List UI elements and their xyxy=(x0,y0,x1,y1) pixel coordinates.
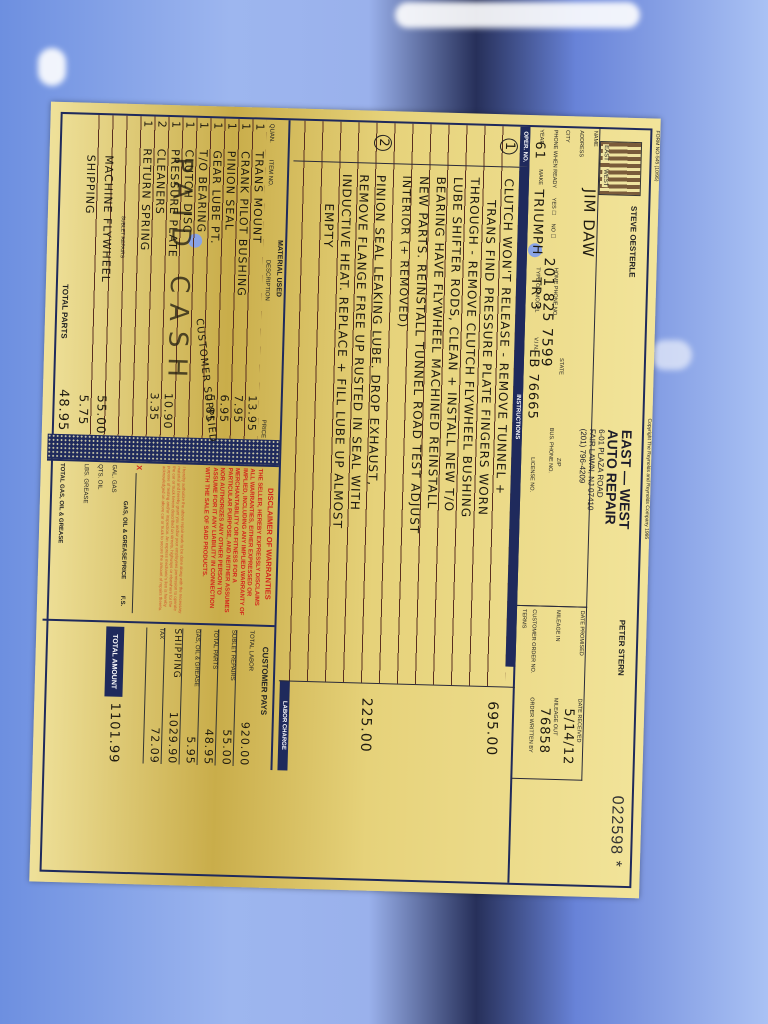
customer-pays-title: CUSTOMER PAYS xyxy=(259,647,270,716)
vehicle-year: 61 xyxy=(532,141,548,160)
shop-logo: EAST WEST xyxy=(599,141,642,196)
date-mileage-box xyxy=(511,605,587,781)
customer-pays-section: CUSTOMER PAYS TOTAL LABOR920.00 SUBLET R… xyxy=(38,619,274,772)
label-no: NO ☐ xyxy=(549,224,555,239)
label-terms: TERMS xyxy=(520,609,527,628)
material-qty: 1 xyxy=(168,121,183,149)
gas-oil-title: GAS, OIL & GREASE xyxy=(120,501,128,560)
material-qty: 1 xyxy=(182,121,197,149)
material-qty: 1 xyxy=(196,122,211,150)
owner-left: STEVE OESTERLE xyxy=(627,206,638,278)
repair-order-document: EAST WEST STEVE OESTERLE EAST — WEST AUT… xyxy=(30,100,660,900)
col-price: PRICE xyxy=(260,420,267,439)
pays-label: GAS, OIL & GREASE xyxy=(182,629,201,687)
light-glare xyxy=(38,48,66,86)
pays-row: GAS, OIL & GREASE5.95 xyxy=(179,629,201,765)
materials-title: MATERIAL USED xyxy=(275,240,284,297)
label-mileage-out: MILEAGE OUT xyxy=(552,698,559,736)
vehicle-model: TR 3 xyxy=(527,277,543,311)
pays-value: 48.95 xyxy=(198,729,216,766)
pays-row: SHIPPING1029.90 xyxy=(161,628,183,764)
signature-line xyxy=(132,473,137,613)
labor-charge-header: LABOR CHARGE xyxy=(277,680,290,770)
pays-value: 1029.90 xyxy=(162,712,180,765)
pays-label: SUBLET REPAIRS xyxy=(218,630,236,681)
sublet-label: SUBLET REPAIRS xyxy=(119,216,126,258)
material-qty: 1 xyxy=(252,123,267,151)
pays-value: 55.00 xyxy=(216,729,234,766)
pays-value: 5.95 xyxy=(180,736,198,765)
label-bus-phone: BUS. PHONE NO. xyxy=(547,428,554,473)
pays-row: TOTAL LABOR920.00 xyxy=(233,630,255,766)
logo-text-east: EAST xyxy=(603,144,609,162)
date-received: 5/14/12 xyxy=(560,708,577,766)
labor-section: OPER. NO. INSTRUCTIONS LABOR CHARGE 1 CL… xyxy=(272,120,530,776)
material-price: 6.95 xyxy=(216,394,231,434)
pays-row: TOTAL PARTS48.95 xyxy=(197,629,219,765)
disclaimer-section: DISCLAIMER OF WARRANTIES THE SELLER, HER… xyxy=(43,459,279,625)
pays-value: 72.09 xyxy=(144,727,162,764)
ro-asterisk: * xyxy=(607,860,624,868)
pays-row: TAX72.09 xyxy=(143,628,165,764)
gas-price-label: PRICE xyxy=(120,561,127,580)
label-make: MAKE xyxy=(537,169,543,185)
materials-section: MATERIAL USED QUAN. ITEM NO. DESCRIPTION… xyxy=(47,114,289,467)
material-price xyxy=(188,394,203,434)
label-license: LICENSE NO. xyxy=(528,457,535,492)
disclaimer-title: DISCLAIMER OF WARRANTIES xyxy=(262,469,275,619)
materials-list: 1TRANS MOUNT13.95 1CRANK PILOT BUSHING7.… xyxy=(132,120,267,435)
pays-value: 920.00 xyxy=(234,722,252,767)
label-date-promised: DATE PROMISED xyxy=(578,611,585,656)
form-header: EAST WEST STEVE OESTERLE EAST — WEST AUT… xyxy=(507,127,650,886)
material-qty: 2 xyxy=(154,121,169,149)
total-amount-value: 1101.99 xyxy=(106,702,123,763)
copyright: Copyright The Reynolds and Reynolds Comp… xyxy=(643,418,652,539)
gas-row-qts: QTS. OIL xyxy=(96,464,103,490)
material-price xyxy=(174,393,189,433)
total-amount-label: TOTAL AMOUNT xyxy=(104,626,124,696)
label-address: ADDRESS xyxy=(578,130,585,157)
label-name: NAME xyxy=(592,131,598,147)
ro-number-text: 022598 xyxy=(607,795,626,855)
customer-name: JIM DAW xyxy=(579,188,599,258)
col-quan: QUAN. xyxy=(268,124,275,143)
sublet-item-1-price: 55.00 xyxy=(94,395,109,435)
gas-fs-label: F.S. xyxy=(119,596,125,607)
disclaimer-text: THE SELLER, HEREBY EXPRESSLY DISCLAIMS A… xyxy=(199,467,263,619)
logo-text-west: WEST xyxy=(602,168,609,188)
form-number: FORM NO-545 (10/95) xyxy=(653,130,660,181)
pays-row: SUBLET REPAIRS55.00 xyxy=(215,630,237,766)
material-qty: 1 xyxy=(140,120,155,148)
pays-label: TAX xyxy=(147,628,164,640)
paid-cash-stamp: PAID CASH xyxy=(161,157,197,387)
material-qty: 1 xyxy=(224,122,239,150)
label-mileage-in: MILEAGE IN xyxy=(554,610,561,642)
material-qty: 1 xyxy=(210,122,225,150)
label-yes: YES ☐ xyxy=(550,198,556,216)
label-zip: ZIP xyxy=(555,458,561,467)
label-date-received: DATE RECEIVED xyxy=(575,699,582,743)
shop-name-2: AUTO REPAIR xyxy=(603,429,620,529)
material-price: 10.90 xyxy=(160,393,175,433)
gas-row-gal: GAL. GAS xyxy=(110,464,117,492)
material-price: 3.35 xyxy=(146,392,161,432)
vehicle-make: TRIUMPH xyxy=(529,189,546,256)
vehicle-vin: EB 76665 xyxy=(524,349,541,420)
gas-total-label: TOTAL GAS, OIL & GREASE xyxy=(57,463,65,543)
signature-mark: X xyxy=(134,465,143,470)
labor-item-1-charge: 695.00 xyxy=(483,701,501,756)
lower-section: MATERIAL USED QUAN. ITEM NO. DESCRIPTION… xyxy=(39,114,291,770)
customer-pays-rows: TOTAL LABOR920.00 SUBLET REPAIRS55.00 TO… xyxy=(143,628,255,767)
total-parts-label: TOTAL PARTS xyxy=(59,284,70,339)
material-price xyxy=(132,392,147,432)
labor-item-2-charge: 225.00 xyxy=(357,697,375,752)
col-description: DESCRIPTION xyxy=(264,260,271,301)
sublet-item-2-price: 5.75 xyxy=(76,394,91,425)
pays-label: SHIPPING xyxy=(164,628,182,679)
mileage-out: 76858 xyxy=(536,707,552,754)
total-parts-value: 48.95 xyxy=(55,389,71,432)
labor-item-2-text: PINION SEAL LEAKING LUBE. DROP EXHAUST, … xyxy=(311,173,389,530)
oper-no-header: OPER. NO. xyxy=(519,127,530,167)
repair-order-form: EAST WEST STEVE OESTERLE EAST — WEST AUT… xyxy=(29,102,661,899)
pays-label: TOTAL PARTS xyxy=(200,629,218,669)
material-price: 13.95 xyxy=(244,395,259,435)
sublet-item-2-desc: SHIPPING xyxy=(83,155,98,215)
pays-label: TOTAL LABOR xyxy=(236,630,254,671)
labor-item-1-text: CLUTCH WON'T RELEASE - REMOVE TUNNEL + T… xyxy=(388,175,517,536)
material-qty: 1 xyxy=(238,123,253,151)
col-item-no: ITEM NO. xyxy=(267,160,274,187)
label-state: STATE xyxy=(558,358,564,375)
owner-right: PETER STERN xyxy=(616,620,627,676)
label-city: CITY xyxy=(564,130,570,143)
light-glare xyxy=(395,2,640,28)
repair-order-number: 022598 * xyxy=(606,795,626,868)
authorization-text: I hereby authorize the above repair work… xyxy=(158,466,187,617)
material-price: 7.95 xyxy=(230,395,245,435)
gas-row-lbs: LBS. GREASE xyxy=(82,464,89,504)
form-border: EAST WEST STEVE OESTERLE EAST — WEST AUT… xyxy=(40,112,653,888)
